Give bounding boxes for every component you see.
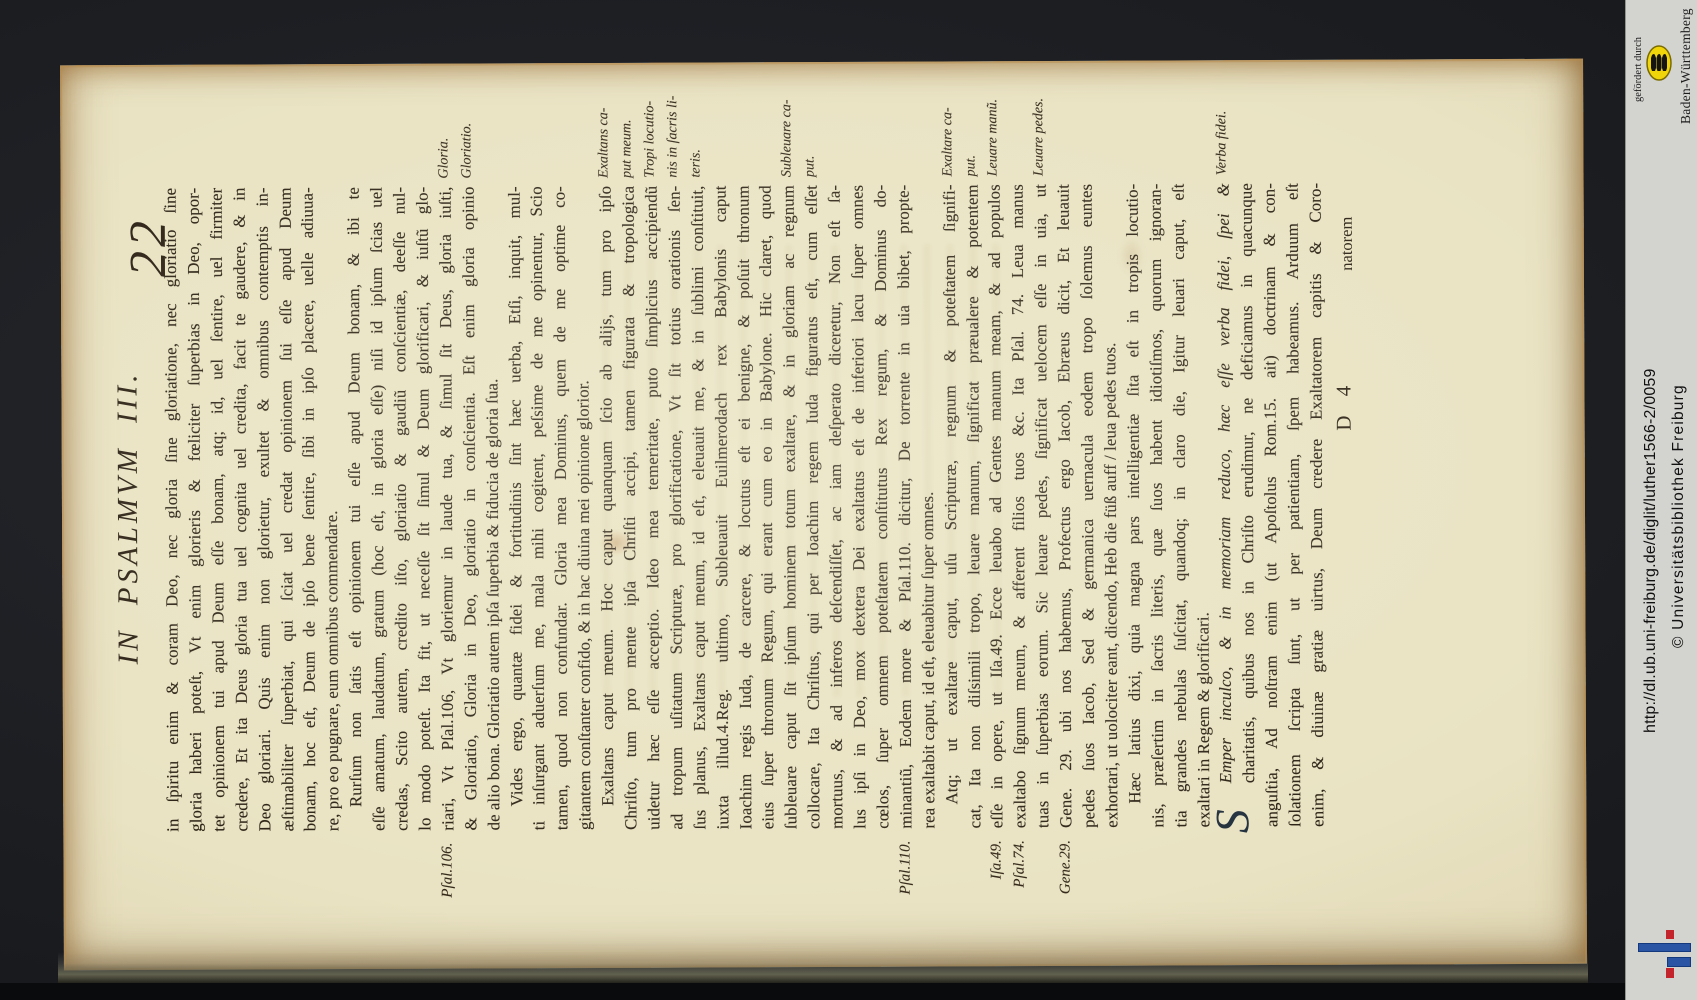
text-line: ſubleuare caput ſit ipſum hominem totum … (778, 185, 804, 829)
text-line: exhortari, ut uolociter eant, dicendo, H… (1098, 184, 1124, 828)
margin-note-right: teris. (688, 65, 710, 177)
text-line: æſtimabiliter ſuperbiat, qui ſciat uel c… (274, 187, 300, 831)
running-head: IN PSALMVM III. (110, 65, 147, 970)
margin-note-left: Pſal.106. (439, 843, 462, 961)
margin-note-left: Pſal.74. (1012, 840, 1035, 958)
text-line: gloria haberi poteſt, Vt enim glorieris … (182, 188, 208, 832)
text-line: iuxta illud.4.Reg. ultimo, Subleuauit Eu… (709, 185, 735, 829)
text-line: credere, Et ita Deus gloria tua uel cogn… (228, 187, 254, 831)
text-line: Emper inculco, & in memoriam reduco, hæc… (1213, 183, 1239, 827)
text-line: uidetur hæc eſſe acceptio. Ideo mea teme… (640, 186, 666, 830)
text-line: re, pro eo pugnare, eum omnibus commenda… (320, 187, 346, 831)
text-line: ad tropum uſitatum Scripturæ, pro glorif… (663, 186, 689, 830)
text-line: Gene. 29. ubi nos habemus, Profectus erg… (1053, 184, 1079, 828)
ub-logo-blue-bar-long (1638, 943, 1691, 952)
ub-logo-red-square-bottom (1666, 968, 1674, 978)
text-line: minantiũ, Eodem more & Pſal.110. dicitur… (892, 185, 918, 829)
margin-note-right: put. (963, 64, 985, 176)
library-frame-strip: gefördert durch Baden-Württemberg http:/… (1625, 0, 1697, 1000)
text-line: bonam, hoc eſt, Deum de ipſo bene ſentir… (297, 187, 323, 831)
text-line: & Gloriatio, Gloria in Deo, gloriatio in… (457, 186, 483, 830)
text-line: Hæc latius dixi, quia magna pars intelli… (1121, 184, 1147, 828)
text-line: rea exaltabit caput, id eſt, eleuabitur … (915, 184, 941, 828)
margin-note-right: Leuare manũ. (985, 64, 1007, 176)
margin-note-right: Gloria. (436, 67, 458, 179)
margin-note-right: Subleuare ca- (779, 65, 801, 177)
text-line: cœlos, ſuper omnem poteſtatem conſtitutu… (869, 185, 895, 829)
text-line: tia grandes nebulas ſuſcitat, quandoq; i… (1167, 183, 1193, 827)
text-line: Exaltans caput meum. Hoc caput quanquam … (595, 186, 621, 830)
catchword: natorem (1337, 217, 1358, 335)
text-line: ti inſurgant aduerſum me, mala mihi cogi… (526, 186, 552, 830)
text-line: cat, Ita non diſsimili tropo, leuare man… (961, 184, 987, 828)
baden-wuerttemberg-coat-of-arms-icon (1646, 44, 1672, 82)
text-line: pedes ſuos Iacob, Sed & germanica uernac… (1076, 184, 1102, 828)
text-line: ſolationem ſcripta ſunt, ut per patienti… (1282, 183, 1308, 827)
text-line: tet opinionem tui apud Deum eſſe bonam, … (205, 188, 231, 832)
text-line: riari, Vt Pſal.106, Vt gloriemur in laud… (434, 187, 460, 831)
text-line: Deo gloriari. Quis enim non glorietur, e… (251, 187, 277, 831)
margin-note-right: Gloriatio. (459, 66, 481, 178)
funding-region-label: Baden-Württemberg (1678, 8, 1694, 124)
text-line: enim, & diuinæ gratiæ uirtus, Deum crede… (1305, 183, 1331, 827)
text-line: mortuus, & ad inferos deſcendiſſet, ac i… (824, 185, 850, 829)
funding-label: gefördert durch (1633, 37, 1644, 102)
margin-note-right: Exaltare ca- (940, 64, 962, 176)
scan-bottom-bar (0, 983, 1625, 1000)
margin-note-right: nis in ſacris li- (665, 66, 687, 178)
text-line: in ſpiritu enim & coram Deo, nec gloria … (160, 188, 186, 832)
ub-logo-blue-bar-short (1667, 957, 1691, 967)
text-line: charitatis, quibus nos in Chriſto erudim… (1236, 183, 1262, 827)
text-line: de alio bona. Gloriatio autem ipſa ſuper… (480, 186, 506, 830)
digitized-book-viewer: 22 IN PSALMVM III. S in ſpiritu enim & c… (0, 0, 1697, 1000)
margin-note-right: Exaltans ca- (596, 66, 618, 178)
text-line: lo modo poteſt. Ita fit, ut neceſſe ſit … (411, 187, 437, 831)
margin-note-left: Iſa.49. (989, 840, 1012, 958)
margin-note-right: put. (802, 65, 824, 177)
text-line: eſſe in opere, ut Iſa.49. Ecce leuabo ad… (984, 184, 1010, 828)
margin-note-right: Tropi locutio- (642, 66, 664, 178)
text-line: credas, Scito autem, credito iſto, glori… (389, 187, 415, 831)
text-line: Atq; ut exaltare caput, uſu Scripturæ, r… (938, 184, 964, 828)
source-url: http://dl.ub.uni-freiburg.de/diglit/luth… (1642, 368, 1660, 733)
margin-note-left: Gene.29. (1058, 840, 1081, 958)
text-line: nis, præſertim in ſacris literis, quæ ſu… (1144, 183, 1170, 827)
margin-note-right: Verba fidei. (1214, 63, 1236, 175)
text-line: eſſe amatum, laudatum, gratum (hoc eſt, … (366, 187, 392, 831)
text-line: lus ipſi in Deo, mox dextera Dei exaltat… (847, 185, 873, 829)
text-block: S in ſpiritu enim & coram Deo, nec glori… (160, 183, 1363, 832)
text-line: anguſtia, Ad noſtram enim (ut Apoſtolus … (1259, 183, 1285, 827)
scan-glass-reflection (58, 952, 1588, 984)
ub-logo-red-square-top (1666, 930, 1674, 939)
text-line: eius ſuper thronum Regum, qui erant cum … (755, 185, 781, 829)
text-line: Vides ergo, quantæ fidei & fortitudinis … (503, 186, 529, 830)
margin-note-right: Leuare pedes. (1031, 64, 1053, 176)
signature-mark: D 4 (1331, 350, 1356, 460)
text-line: exaltari in Regem & glorificari. (1190, 183, 1216, 827)
margin-note-right: put meum. (619, 66, 641, 178)
text-line: tuas in ſuperbias eorum. Sic leuare pede… (1030, 184, 1056, 828)
text-line: Rurſum non ſatis eſt opinionem tui eſſe … (343, 187, 369, 831)
text-line: collocare, Ita Chriſtus, qui per Ioachim… (801, 185, 827, 829)
text-line: Chriſto, tum pro mente ipſa Chriſti acci… (618, 186, 644, 830)
page-content: 22 IN PSALMVM III. S in ſpiritu enim & c… (60, 59, 1587, 971)
text-line: Ioachim regis Iuda, de carcere, & locutu… (732, 185, 758, 829)
text-line: ſus planus, Exaltans caput meum, id eſt,… (686, 185, 712, 829)
text-line: tamen, quod non confundar. Gloria mea Do… (549, 186, 575, 830)
margin-note-left: Pſal.110. (897, 841, 920, 959)
copyright-notice: © Universitätsbibliothek Freiburg (1670, 384, 1688, 648)
book-page-scan: 22 IN PSALMVM III. S in ſpiritu enim & c… (60, 59, 1587, 971)
text-line: gitantem conſtanter confido, & in hac di… (572, 186, 598, 830)
text-line: exaltabo ſignum meum, & afferent filios … (1007, 184, 1033, 828)
